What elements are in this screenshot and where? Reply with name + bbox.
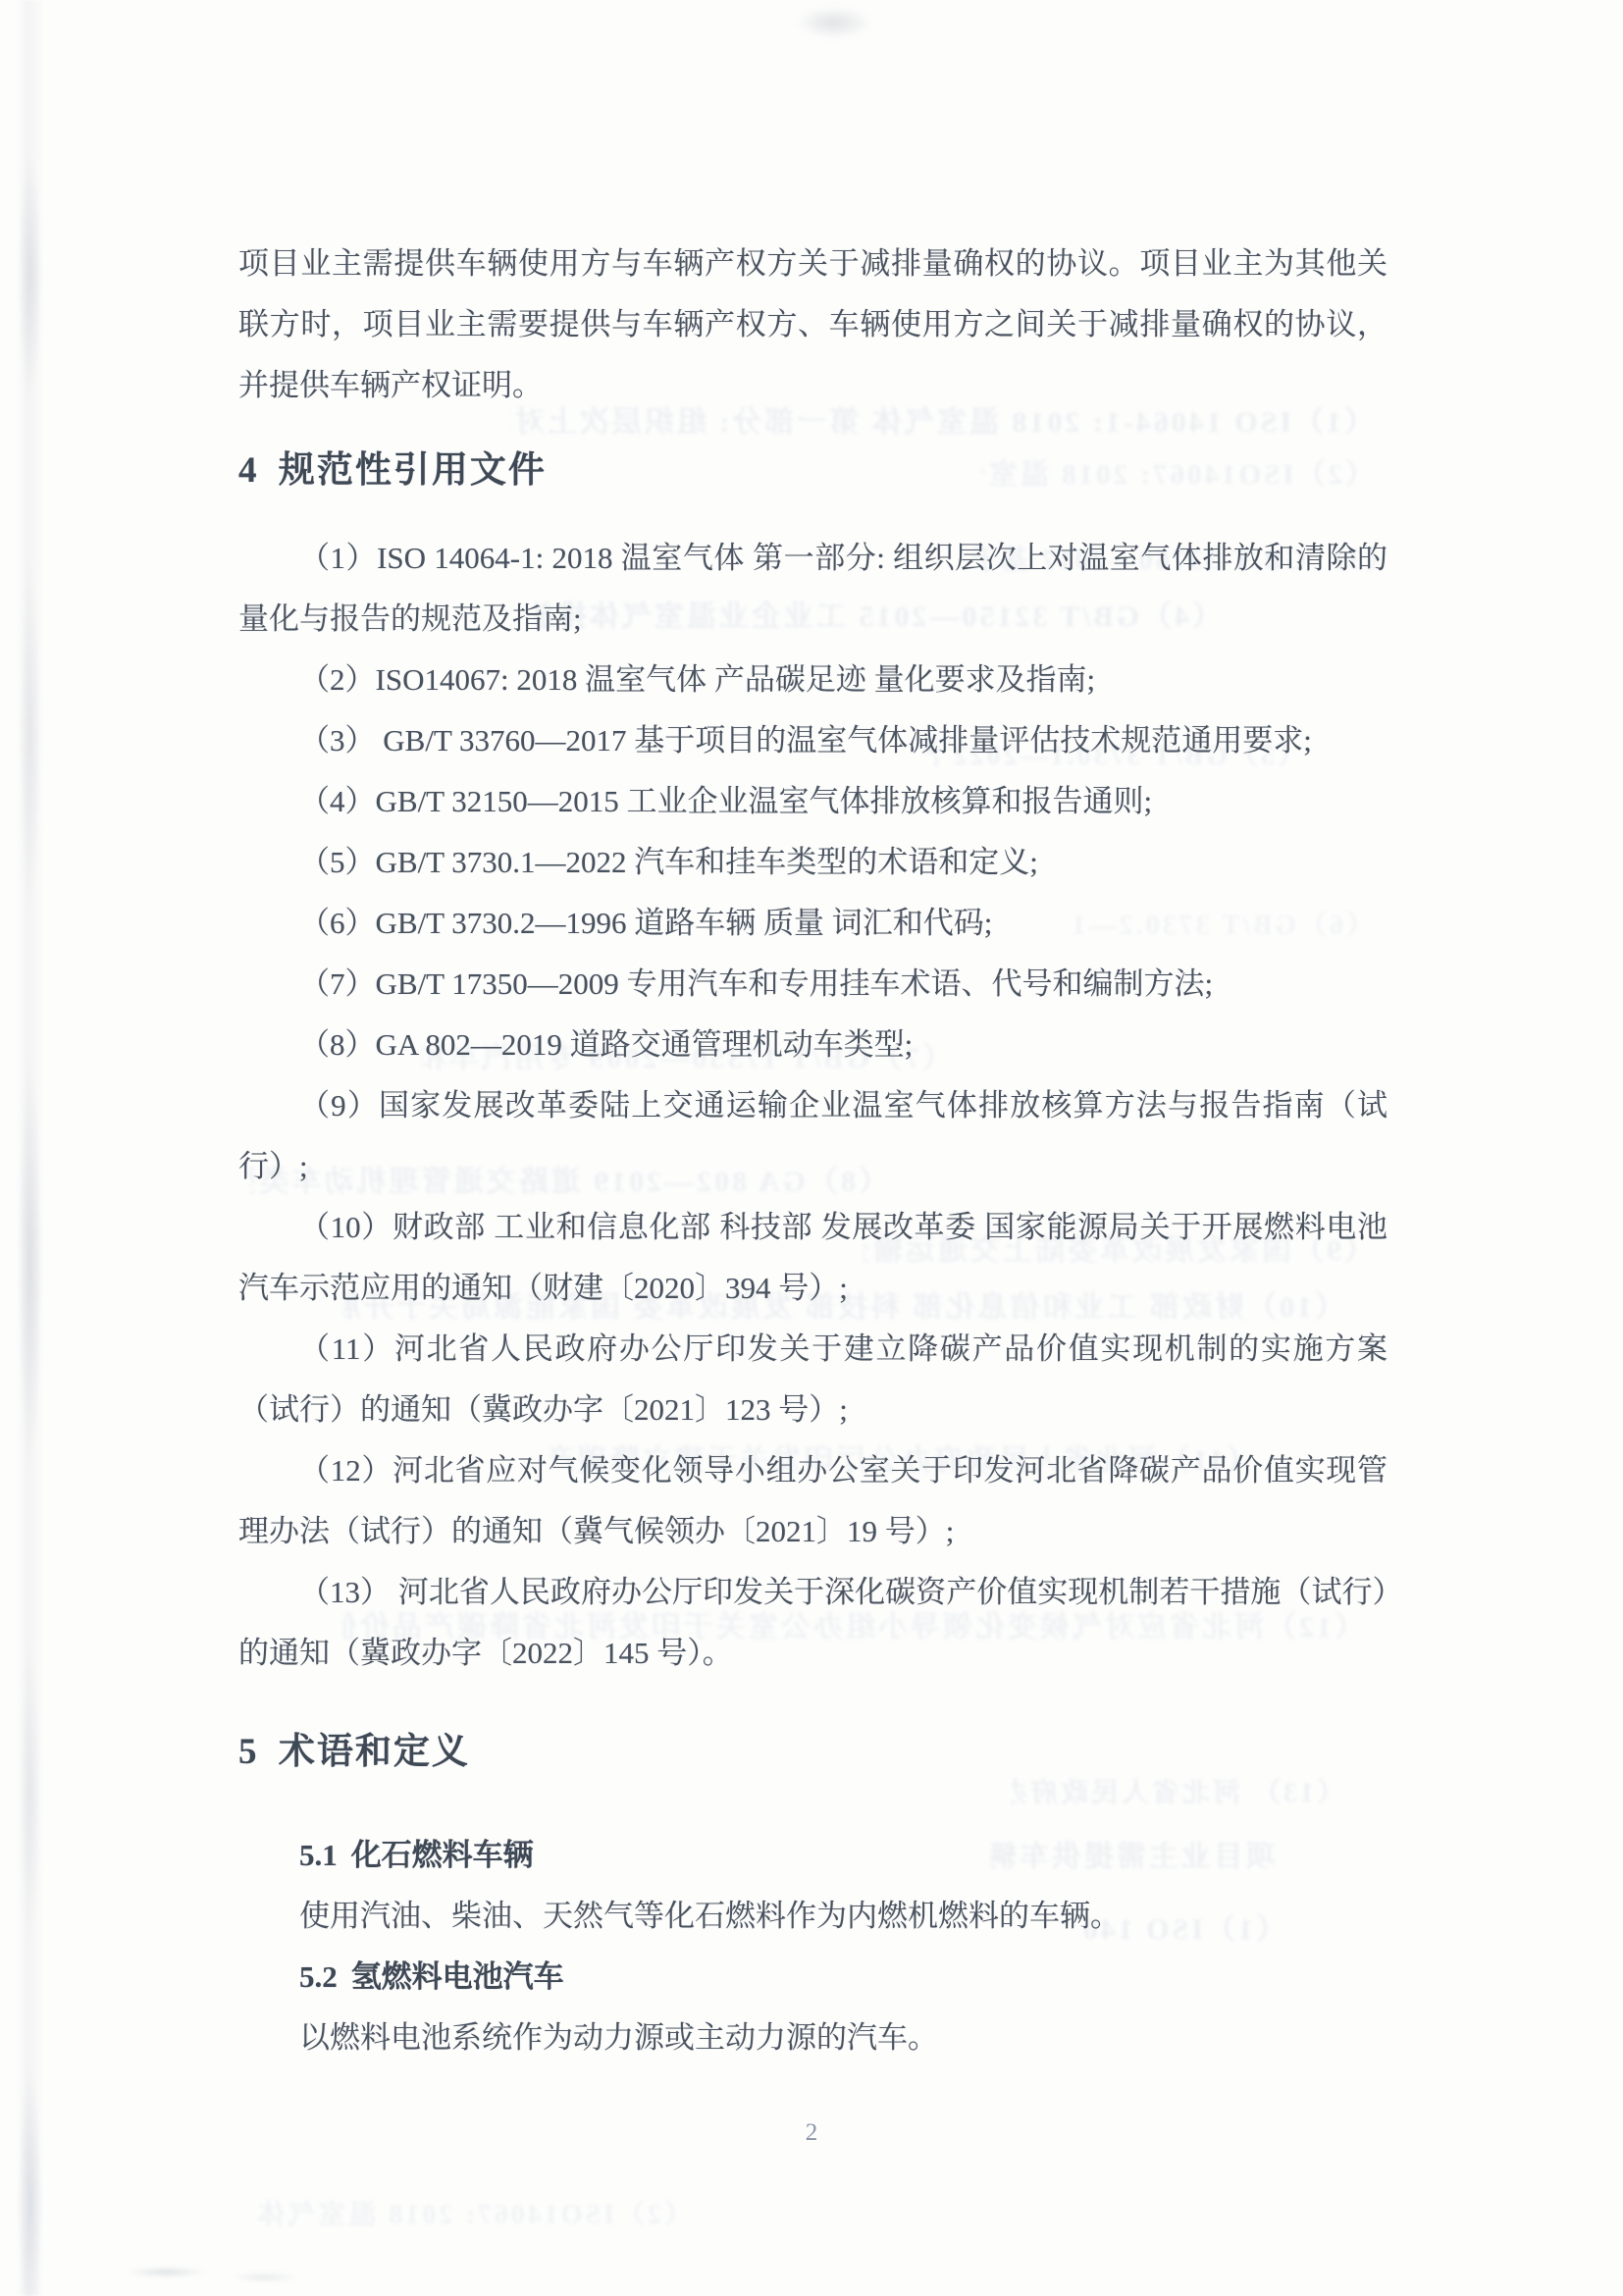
reference-item: （7）GB/T 17350—2009 专用汽车和专用挂车术语、代号和编制方法; bbox=[238, 954, 1387, 1015]
section-4-title: 规范性引用文件 bbox=[279, 450, 547, 491]
reference-item: （1）ISO 14064-1: 2018 温室气体 第一部分: 组织层次上对温室… bbox=[238, 528, 1387, 650]
term-definition: 使用汽油、柴油、天然气等化石燃料作为内燃机燃料的车辆。 bbox=[238, 1886, 1387, 1947]
reference-item: （4）GB/T 32150—2015 工业企业温室气体排放核算和报告通则; bbox=[238, 771, 1387, 832]
reference-item: （10）财政部 工业和信息化部 科技部 发展改革委 国家能源局关于开展燃料电池汽… bbox=[238, 1197, 1387, 1319]
reference-item: （3） GB/T 33760—2017 基于项目的温室气体减排量评估技术规范通用… bbox=[238, 710, 1387, 771]
section-4-heading: 4规范性引用文件 bbox=[238, 445, 1387, 496]
page-number: 2 bbox=[0, 2117, 1623, 2149]
reference-item: （2）ISO14067: 2018 温室气体 产品碳足迹 量化要求及指南; bbox=[238, 650, 1387, 710]
term-number: 5.1 bbox=[299, 1838, 338, 1872]
section-5-heading: 5术语和定义 bbox=[238, 1727, 1387, 1778]
term-number: 5.2 bbox=[299, 1959, 338, 1994]
reference-item: （12）河北省应对气候变化领导小组办公室关于印发河北省降碳产品价值实现管理办法（… bbox=[238, 1440, 1387, 1562]
bleedthrough-text: （2）ISO14067: 2018 温室气体 产品碳足迹 量化要求及指南; bbox=[250, 2200, 692, 2231]
section-5-title: 术语和定义 bbox=[279, 1732, 470, 1772]
term-heading-5-2: 5.2氢燃料电池汽车 bbox=[238, 1947, 1387, 2008]
reference-item: （5）GB/T 3730.1—2022 汽车和挂车类型的术语和定义; bbox=[238, 832, 1387, 893]
reference-item: （11）河北省人民政府办公厅印发关于建立降碳产品价值实现机制的实施方案（试行）的… bbox=[238, 1319, 1387, 1440]
reference-item: （13） 河北省人民政府办公厅印发关于深化碳资产价值实现机制若干措施（试行）的通… bbox=[238, 1562, 1387, 1684]
section-4-number: 4 bbox=[238, 450, 259, 491]
reference-item: （6）GB/T 3730.2—1996 道路车辆 质量 词汇和代码; bbox=[238, 893, 1387, 954]
reference-item: （9）国家发展改革委陆上交通运输企业温室气体排放核算方法与报告指南（试行）; bbox=[238, 1075, 1387, 1197]
scan-smudge bbox=[118, 2257, 314, 2282]
document-body: 项目业主需提供车辆使用方与车辆产权方关于减排量确权的协议。项目业主为其他关联方时… bbox=[238, 234, 1387, 2068]
section-5-number: 5 bbox=[238, 1732, 259, 1772]
term-definition: 以燃料电池系统作为动力源或主动力源的汽车。 bbox=[238, 2008, 1387, 2068]
term-heading-5-1: 5.1化石燃料车辆 bbox=[238, 1825, 1387, 1886]
scan-smudge bbox=[795, 6, 873, 39]
term-name: 化石燃料车辆 bbox=[351, 1838, 534, 1872]
reference-item: （8）GA 802—2019 道路交通管理机动车类型; bbox=[238, 1015, 1387, 1075]
scanner-edge-shadow bbox=[16, 0, 45, 2296]
term-name: 氢燃料电池汽车 bbox=[351, 1959, 564, 1994]
scanned-document-page: （1）ISO 14064-1: 2018 温室气体 第一部分: 组织层次上对温室… bbox=[0, 0, 1623, 2296]
continued-paragraph: 项目业主需提供车辆使用方与车辆产权方关于减排量确权的协议。项目业主为其他关联方时… bbox=[238, 234, 1387, 416]
